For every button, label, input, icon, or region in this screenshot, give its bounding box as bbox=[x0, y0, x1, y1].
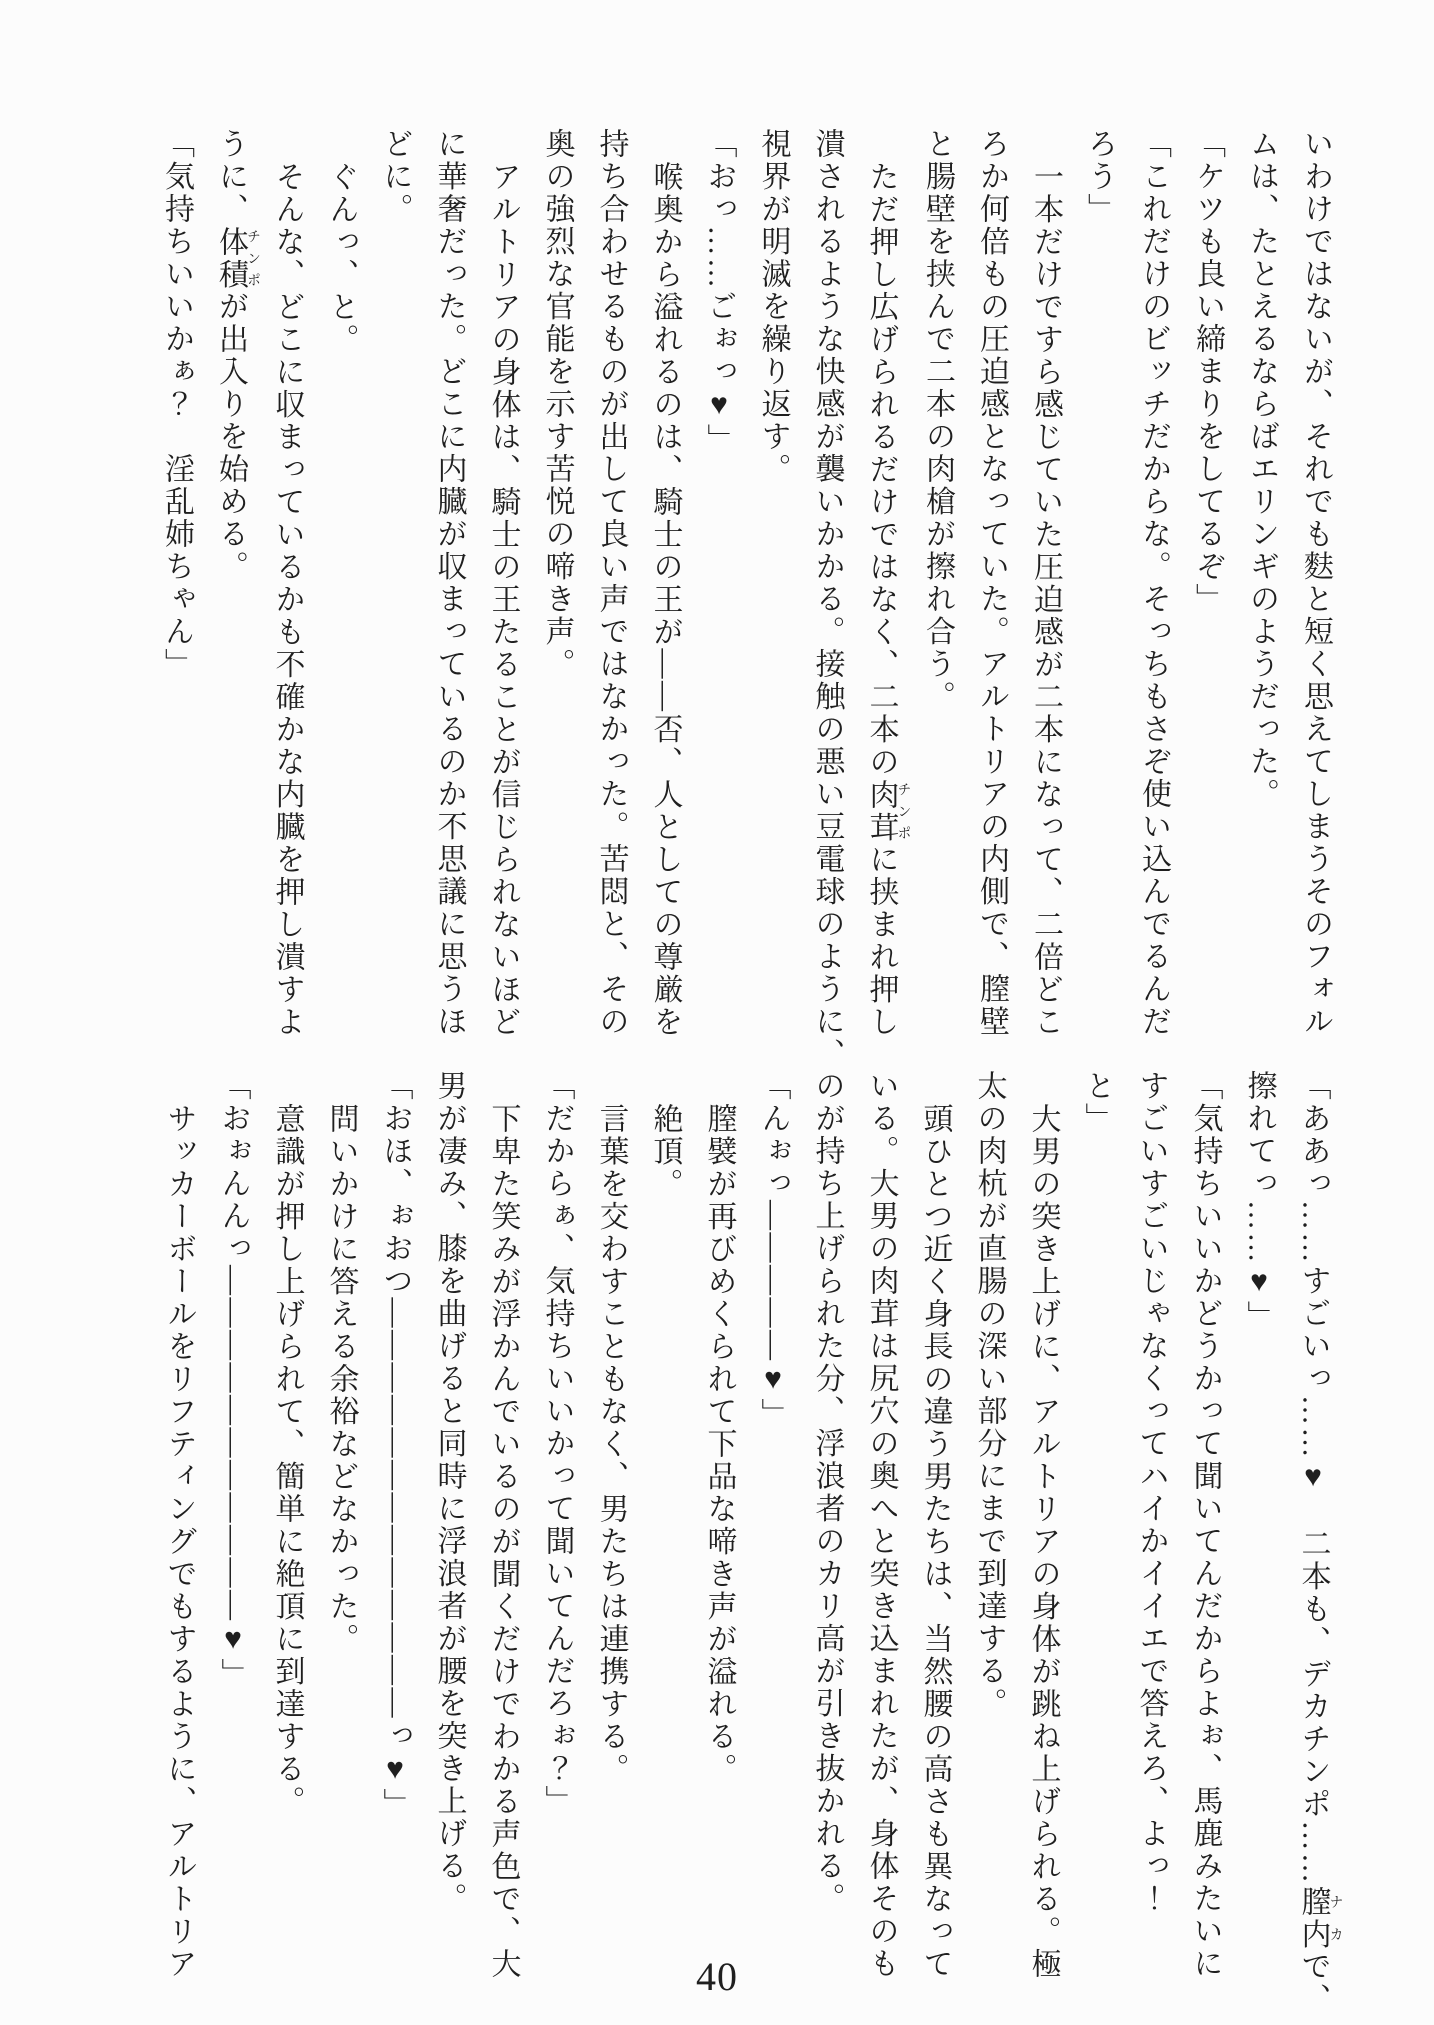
text-line: 持ち合わせるものが出して良い声ではなかった。苦悶と、その bbox=[584, 128, 638, 1066]
text-block-top: いわけではないが、それでも麩と短く思えてしまうそのフォルムは、たとえるならばエリ… bbox=[149, 128, 1342, 1066]
text-line: と」 bbox=[1070, 1070, 1124, 2008]
text-line: 擦れてっ……♥」 bbox=[1232, 1070, 1286, 2008]
text-line: 問いかけに答える余裕などなかった。 bbox=[314, 1070, 368, 2008]
text-line: 「ケツも良い締まりをしてるぞ」 bbox=[1180, 128, 1234, 1066]
text-line: と腸壁を挟んで二本の肉槍が擦れ合う。 bbox=[910, 128, 964, 1066]
ruby-annotated-word: 膣内ナカ bbox=[1297, 1886, 1330, 1951]
text-line: どに。 bbox=[368, 128, 422, 1066]
text-line: 頭ひとつ近く身長の違う男たちは、当然腰の高さも異なって bbox=[908, 1070, 962, 2008]
text-line: 視界が明滅を繰り返す。 bbox=[746, 128, 800, 1066]
text-line: すごいすごいじゃなくってハイかイイエで答えろ、よっ！ bbox=[1124, 1070, 1178, 2008]
text-line: 「おほ、ぉおつ―――――――――――――っ♥」 bbox=[368, 1070, 422, 2008]
text-line: 「おっ……ごぉっ♥」 bbox=[692, 128, 746, 1066]
text-line: 絶頂。 bbox=[638, 1070, 692, 2008]
text-line: うに、体積チンポが出入りを始める。 bbox=[203, 128, 260, 1066]
text-line: 一本だけですら感じていた圧迫感が二本になって、二倍どこ bbox=[1018, 128, 1072, 1066]
text-line: いる。大男の肉茸は尻穴の奥へと突き込まれたが、身体そのも bbox=[854, 1070, 908, 2008]
text-line: そんな、どこに収まっているかも不確かな内臓を押し潰すよ bbox=[260, 128, 314, 1066]
text-line: ぐんっ、と。 bbox=[314, 128, 368, 1066]
text-line: 「おぉんんっ―――――――――――♥」 bbox=[206, 1070, 260, 2008]
text-line: ただ押し広げられるだけではなく、二本の肉茸チンポに挟まれ押し bbox=[854, 128, 911, 1066]
page-number: 40 bbox=[0, 1953, 1434, 2000]
text-line: 膣襞が再びめくられて下品な啼き声が溢れる。 bbox=[692, 1070, 746, 2008]
text-line: 言葉を交わすこともなく、男たちは連携する。 bbox=[584, 1070, 638, 2008]
text-line: 「これだけのビッチだからな。そっちもさぞ使い込んでるんだ bbox=[1126, 128, 1180, 1066]
text-line: ムは、たとえるならばエリンギのようだった。 bbox=[1234, 128, 1288, 1066]
text-line: アルトリアの身体は、騎士の王たることが信じられないほど bbox=[476, 128, 530, 1066]
text-line: 潰されるような快感が襲いかかる。接触の悪い豆電球のように、 bbox=[800, 128, 854, 1066]
text-line: 「気持ちいいかぁ？ 淫乱姉ちゃん」 bbox=[149, 128, 203, 1066]
text-line: 「んぉっ―――――♥」 bbox=[746, 1070, 800, 2008]
text-line: のが持ち上げられた分、浮浪者のカリ高が引き抜かれる。 bbox=[800, 1070, 854, 2008]
text-line: 奥の強烈な官能を示す苦悦の啼き声。 bbox=[530, 128, 584, 1066]
text-line: いわけではないが、それでも麩と短く思えてしまうそのフォル bbox=[1288, 128, 1342, 1066]
text-line: 意識が押し上げられて、簡単に絶頂に到達する。 bbox=[260, 1070, 314, 2008]
text-line: ろう」 bbox=[1072, 128, 1126, 1066]
ruby-annotated-word: 肉茸チンポ bbox=[865, 779, 898, 844]
text-line: 男が凄み、膝を曲げると同時に浮浪者が腰を突き上げる。 bbox=[422, 1070, 476, 2008]
novel-page: いわけではないが、それでも麩と短く思えてしまうそのフォルムは、たとえるならばエリ… bbox=[0, 0, 1434, 2025]
text-line: 喉奥から溢れるのは、騎士の王が――否、人としての尊厳を bbox=[638, 128, 692, 1066]
text-block-bottom: 「ああっ……すごいっ……♥ 二本も、デカチンポ……膣内ナカで、擦れてっ……♥」「… bbox=[152, 1070, 1343, 2008]
text-line: 「気持ちいいかどうかって聞いてんだからよぉ、馬鹿みたいに bbox=[1178, 1070, 1232, 2008]
text-line: 下卑た笑みが浮かんでいるのが聞くだけでわかる声色で、大 bbox=[476, 1070, 530, 2008]
text-line: ろか何倍もの圧迫感となっていた。アルトリアの内側で、膣壁 bbox=[964, 128, 1018, 1066]
text-line: 「だからぁ、気持ちいいかって聞いてんだろぉ？」 bbox=[530, 1070, 584, 2008]
text-line: サッカーボールをリフティングでもするように、アルトリア bbox=[152, 1070, 206, 2008]
text-line: 太の肉杭が直腸の深い部分にまで到達する。 bbox=[962, 1070, 1016, 2008]
text-line: に華奢だった。どこに内臓が収まっているのか不思議に思うほ bbox=[422, 128, 476, 1066]
text-line: 大男の突き上げに、アルトリアの身体が跳ね上げられる。極 bbox=[1016, 1070, 1070, 2008]
text-line: 「ああっ……すごいっ……♥ 二本も、デカチンポ……膣内ナカで、 bbox=[1286, 1070, 1343, 2008]
ruby-annotated-word: 体積チンポ bbox=[214, 226, 247, 291]
